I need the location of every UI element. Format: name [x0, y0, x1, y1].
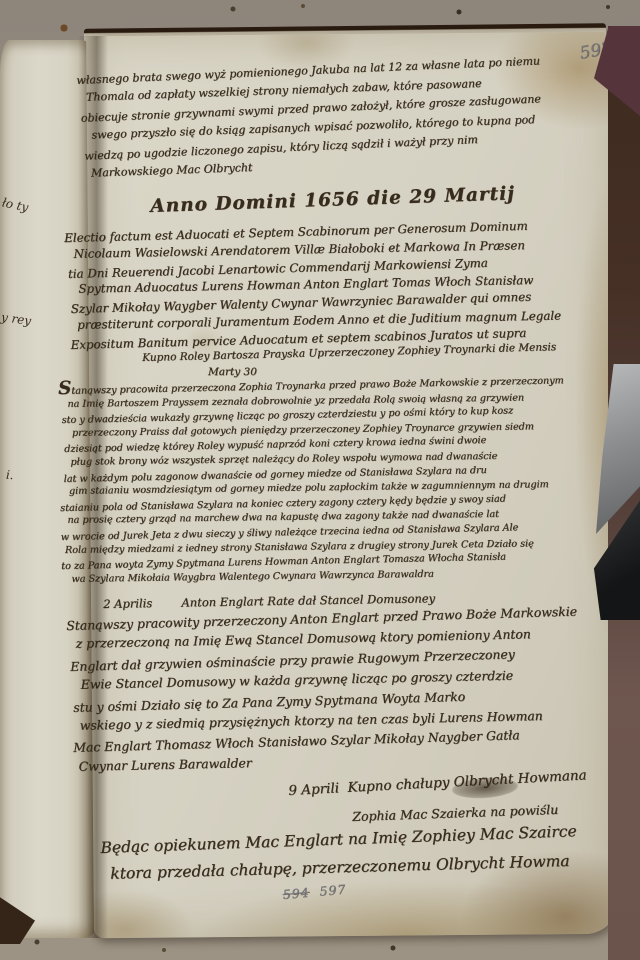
facing-page-text-fragment: i.	[6, 468, 15, 483]
metal-page-clip	[590, 364, 640, 620]
intro-paragraph: własnego brata swego wyż pomienionego Ja…	[76, 51, 585, 184]
photograph-of-manuscript-book: ło ty y rey i. 597 własnego brata swego …	[0, 0, 640, 960]
sale1-paragraph: Stanąwszy pracowita przerzeczona Zophia …	[58, 371, 624, 588]
facing-page-text-fragment: ło ty	[1, 195, 30, 214]
election-record-paragraph: Electio factum est Aduocati et Septem Sc…	[64, 216, 619, 353]
sale1-heading-date: Marty 30	[208, 366, 257, 378]
current-page-number: 597	[319, 881, 347, 898]
facing-page-text-fragment: y rey	[0, 310, 32, 328]
clip-metal-part	[596, 364, 640, 534]
table-debris-specks	[0, 0, 2, 2]
sale2-paragraph: Stanąwszy pracowity przerzeczony Anton E…	[66, 602, 622, 779]
crossed-out-page-number: 594	[282, 885, 310, 902]
